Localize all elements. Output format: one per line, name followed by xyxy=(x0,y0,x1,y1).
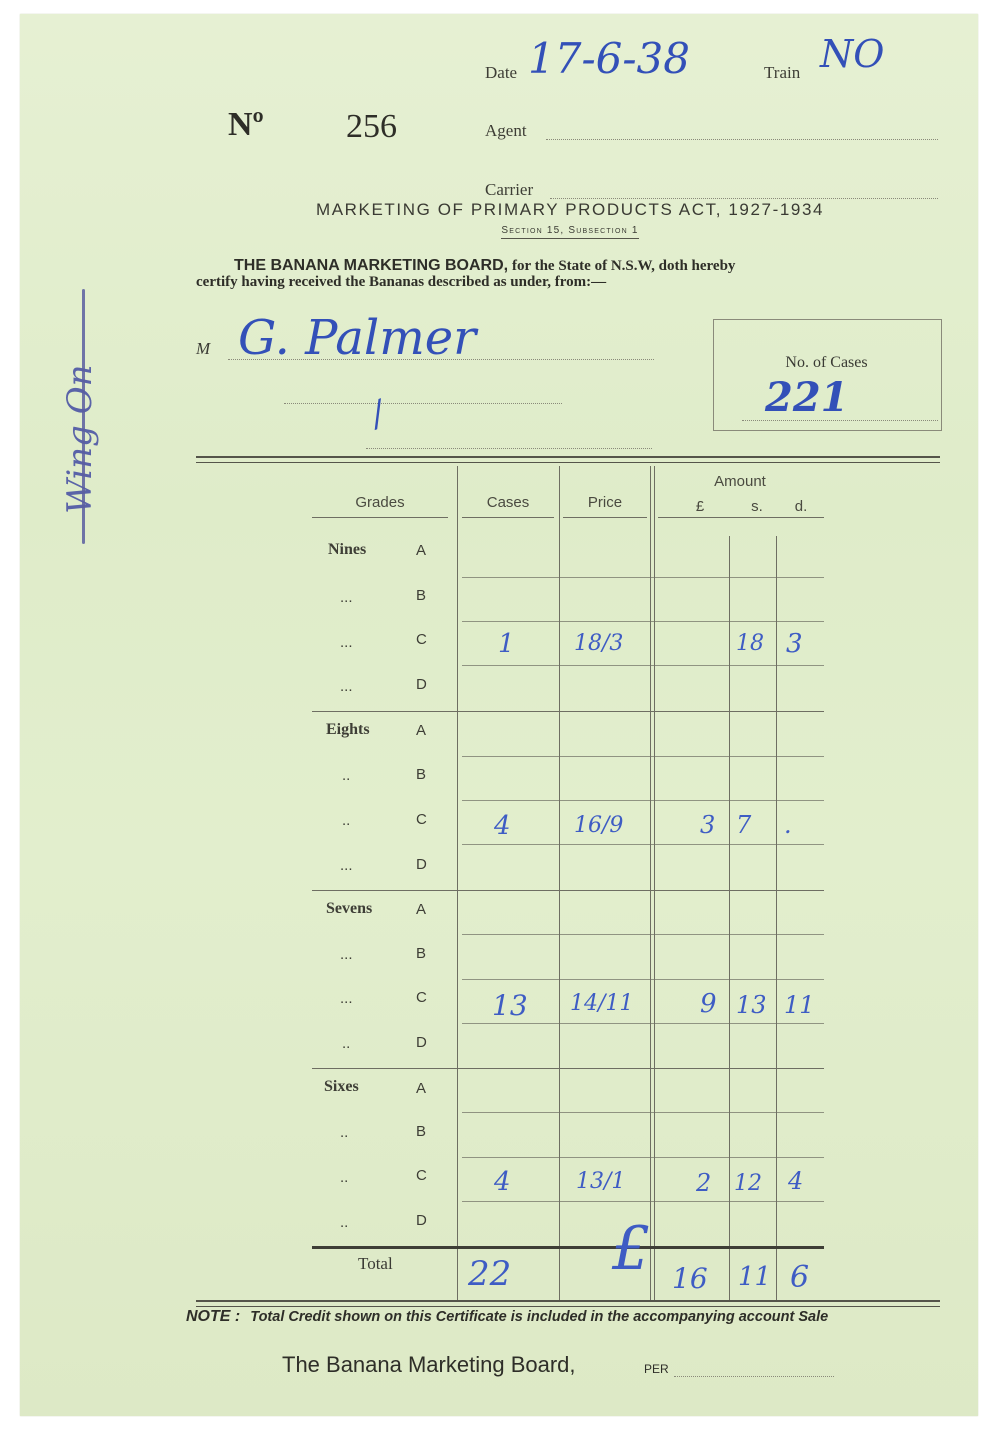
row-rule xyxy=(462,934,824,935)
certificate-number: 256 xyxy=(346,108,397,146)
margin-note: Wing On xyxy=(60,334,100,514)
per-signature-field[interactable] xyxy=(674,1376,834,1377)
margin-vertical-stroke xyxy=(82,289,85,544)
carrier-label: Carrier xyxy=(485,180,533,200)
certification-text: THE BANANA MARKETING BOARD, for the Stat… xyxy=(196,257,956,290)
total-pounds[interactable]: 16 xyxy=(672,1262,708,1295)
col-divider-shillings xyxy=(729,536,730,1302)
row-rule xyxy=(462,844,824,845)
table-top-rule-2 xyxy=(196,462,940,463)
grower-prefix: M xyxy=(196,339,210,359)
grade-row-prefix: ... xyxy=(340,990,353,1007)
total-currency-symbol: £ xyxy=(612,1214,650,1284)
grade-row-letter: C xyxy=(416,631,427,648)
cases-box-label: No. of Cases xyxy=(713,354,940,372)
grade-row-prefix: .. xyxy=(342,812,350,829)
col-divider-amount-1 xyxy=(650,466,651,1302)
act-section-text: Section 15, Subsection 1 xyxy=(501,225,638,239)
certify-line1: for the State of N.S.W, doth hereby xyxy=(512,258,735,274)
total-pence[interactable]: 6 xyxy=(790,1260,809,1295)
header-pence: d. xyxy=(786,498,816,515)
agent-label: Agent xyxy=(485,121,527,141)
grade-row-prefix: .. xyxy=(342,1035,350,1052)
grade-row-letter: D xyxy=(416,676,427,693)
eights-c-cases[interactable]: 4 xyxy=(494,811,511,841)
signature-org: The Banana Marketing Board, xyxy=(282,1352,576,1378)
eights-c-pounds[interactable]: 3 xyxy=(700,811,715,839)
header-underline-grades xyxy=(312,517,448,518)
group-rule xyxy=(312,1068,824,1069)
sevens-c-pounds[interactable]: 9 xyxy=(700,989,717,1019)
grade-row-prefix: .. xyxy=(342,767,350,784)
sixes-c-price[interactable]: 13/1 xyxy=(576,1169,625,1194)
grade-row-letter: A xyxy=(416,901,426,918)
sixes-c-pence[interactable]: 4 xyxy=(788,1167,803,1195)
eights-c-price[interactable]: 16/9 xyxy=(574,813,623,838)
col-divider-cases xyxy=(457,466,458,1302)
cases-box-value[interactable]: 221 xyxy=(765,374,849,421)
sevens-c-shillings[interactable]: 13 xyxy=(736,991,767,1019)
train-value[interactable]: NO xyxy=(820,32,884,76)
header-underline-amount xyxy=(658,517,824,518)
grade-row-letter: C xyxy=(416,811,427,828)
date-label: Date xyxy=(485,63,517,83)
table-bottom-rule-1 xyxy=(196,1300,940,1302)
agent-field[interactable] xyxy=(546,139,938,140)
grade-row-prefix: ... xyxy=(340,857,353,874)
total-shillings[interactable]: 11 xyxy=(738,1262,771,1292)
grade-row-prefix: .. xyxy=(340,1169,348,1186)
col-divider-pence xyxy=(776,536,777,1302)
group-rule xyxy=(312,890,824,891)
sixes-c-pounds[interactable]: 2 xyxy=(696,1169,711,1197)
grade-row-letter: B xyxy=(416,1123,426,1140)
grade-row-letter: C xyxy=(416,1167,427,1184)
grade-row-letter: A xyxy=(416,1080,426,1097)
nines-c-pence[interactable]: 3 xyxy=(786,629,803,659)
grade-row-prefix: .. xyxy=(340,1214,348,1231)
header-grades: Grades xyxy=(312,494,448,511)
total-cases[interactable]: 22 xyxy=(468,1254,511,1294)
grade-row-prefix: .. xyxy=(340,1124,348,1141)
col-divider-amount-2 xyxy=(654,466,655,1302)
nines-c-shillings[interactable]: 18 xyxy=(736,631,764,656)
row-rule xyxy=(462,1201,824,1202)
row-rule xyxy=(462,577,824,578)
grade-row-letter: D xyxy=(416,1034,427,1051)
date-value[interactable]: 17-6-38 xyxy=(528,34,690,83)
group-rule xyxy=(312,711,824,712)
sevens-c-pence[interactable]: 11 xyxy=(784,991,815,1019)
table-bottom-rule-2 xyxy=(196,1306,940,1307)
grade-row-prefix: ... xyxy=(340,589,353,606)
grower-address-line1[interactable] xyxy=(284,403,562,404)
sevens-c-cases[interactable]: 13 xyxy=(492,989,528,1022)
grower-name[interactable]: G. Palmer xyxy=(238,310,476,366)
row-rule xyxy=(462,756,824,757)
header-underline-cases xyxy=(462,517,554,518)
total-top-rule xyxy=(312,1246,824,1249)
row-rule xyxy=(462,621,824,622)
header-price: Price xyxy=(562,494,648,511)
row-rule xyxy=(462,1112,824,1113)
note-text: Total Credit shown on this Certificate i… xyxy=(250,1309,828,1325)
header-pounds: £ xyxy=(680,498,720,515)
row-rule xyxy=(462,665,824,666)
header-underline-price xyxy=(563,517,647,518)
eights-c-pence[interactable]: . xyxy=(784,811,792,839)
grade-row-letter: A xyxy=(416,722,426,739)
train-label: Train xyxy=(764,63,800,83)
row-rule xyxy=(462,1157,824,1158)
header-shillings: s. xyxy=(742,498,772,515)
sixes-c-shillings[interactable]: 12 xyxy=(734,1171,762,1196)
grade-row-prefix: ... xyxy=(340,678,353,695)
col-divider-price xyxy=(559,466,560,1302)
grower-address-line2[interactable] xyxy=(366,448,652,449)
nines-c-price[interactable]: 18/3 xyxy=(574,631,623,656)
carrier-field[interactable] xyxy=(550,198,938,199)
header-cases: Cases xyxy=(460,494,556,511)
grade-row-letter: D xyxy=(416,856,427,873)
row-rule xyxy=(462,979,824,980)
act-section: Section 15, Subsection 1 xyxy=(200,225,940,236)
certificate-number-label: Nº xyxy=(228,106,264,144)
header-amount: Amount xyxy=(656,473,824,490)
note-label: NOTE : xyxy=(186,1308,240,1325)
eights-c-shillings[interactable]: 7 xyxy=(736,811,751,839)
act-title: MARKETING OF PRIMARY PRODUCTS ACT, 1927-… xyxy=(200,200,940,220)
row-rule xyxy=(462,800,824,801)
footer-note: NOTE : Total Credit shown on this Certif… xyxy=(186,1308,966,1326)
grade-group-sevens: Sevens xyxy=(326,900,372,918)
nines-c-cases[interactable]: 1 xyxy=(498,629,515,659)
grade-row-letter: B xyxy=(416,766,426,783)
certificate-paper: Wing On Nº 256 Date 17-6-38 Train NO Age… xyxy=(20,14,978,1416)
grade-row-letter: B xyxy=(416,587,426,604)
grade-group-nines: Nines xyxy=(328,541,366,559)
grade-row-letter: A xyxy=(416,542,426,559)
grade-row-prefix: ... xyxy=(340,634,353,651)
grade-row-prefix: ... xyxy=(340,946,353,963)
per-label: PER xyxy=(644,1362,669,1376)
row-rule xyxy=(462,1023,824,1024)
board-name: THE BANANA MARKETING BOARD, xyxy=(234,257,508,274)
grade-group-sixes: Sixes xyxy=(324,1078,359,1096)
table-top-rule-1 xyxy=(196,456,940,458)
total-label: Total xyxy=(358,1254,393,1274)
certify-line2: certify having received the Bananas desc… xyxy=(196,274,956,290)
grade-group-eights: Eights xyxy=(326,721,370,739)
sixes-c-cases[interactable]: 4 xyxy=(494,1167,511,1197)
grade-row-letter: D xyxy=(416,1212,427,1229)
grower-address-mark: / xyxy=(366,393,390,435)
grade-row-letter: B xyxy=(416,945,426,962)
sevens-c-price[interactable]: 14/11 xyxy=(570,991,633,1016)
grade-row-letter: C xyxy=(416,989,427,1006)
